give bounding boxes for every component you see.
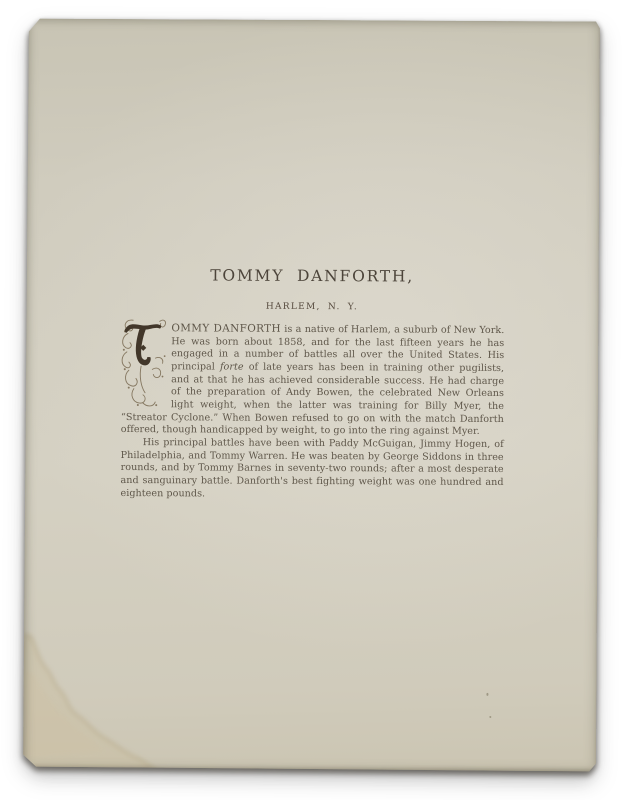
page-subtitle: HARLEM, N. Y. — [25, 301, 598, 314]
paragraph-first: T OMMY DANFORTH is a native of Harlem, a… — [121, 322, 505, 439]
paper-speck — [486, 693, 488, 696]
paper-speck — [489, 716, 491, 718]
page-shadow: TOMMY DANFORTH, HARLEM, N. Y. — [0, 0, 623, 800]
page-title: TOMMY DANFORTH, — [26, 266, 599, 287]
paragraph-first-segment-2: of late years has been in training other… — [121, 362, 504, 438]
italic-word-forte: forte — [220, 361, 244, 372]
drop-cap-initial-T: T — [121, 322, 167, 408]
water-stain — [23, 610, 234, 769]
drop-cap-ornament-icon — [118, 313, 169, 409]
biography-text: T OMMY DANFORTH is a native of Harlem, a… — [120, 322, 504, 502]
document-page: TOMMY DANFORTH, HARLEM, N. Y. — [23, 19, 600, 772]
lead-caps-text: OMMY DANFORTH — [171, 322, 281, 335]
paragraph-second: His principal battles have been with Pad… — [120, 437, 503, 502]
photo-of-book-page: TOMMY DANFORTH, HARLEM, N. Y. — [0, 0, 623, 800]
